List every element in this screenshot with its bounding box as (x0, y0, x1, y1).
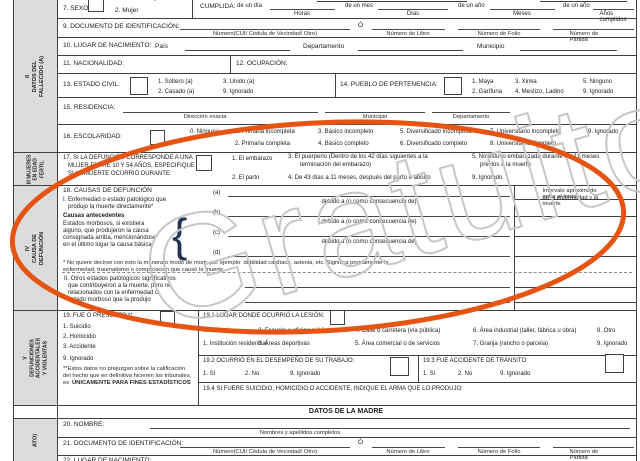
writeline-meses[interactable] (490, 9, 555, 10)
opt-homicidio: 2. Homicidio (63, 334, 96, 340)
writeline-causa-d[interactable] (228, 256, 510, 257)
form-left-border (13, 0, 14, 461)
writeline-otros-2[interactable] (245, 302, 510, 303)
edad-unit-anos: Años cumplidos (599, 11, 626, 23)
checkbox-pueblo[interactable] (444, 77, 462, 95)
writeline-res-departamento[interactable] (432, 112, 510, 113)
presunto-note-1: **Estos datos no prejuzgan sobre la cali… (63, 366, 185, 372)
debido-a-3: debido a (o como consecuencia de) (321, 239, 416, 245)
lugar-lesion-label: 19.1 LUGAR DONDE OCURRIÓ LA LESIÓN: (203, 313, 324, 319)
esc-basico-inc: 3. Básico incompleto (318, 129, 373, 135)
fertil-puerperio-1: 3. El puerperio (Dentro de los 42 días s… (288, 154, 428, 160)
cell-divider-11-12 (230, 55, 231, 73)
esc-primaria-inc: 1. Primaria incompleta (235, 129, 295, 135)
cell-divider-13-14 (335, 73, 336, 97)
row-border (57, 455, 636, 456)
res-departamento-sublabel: Departamento (453, 114, 490, 120)
line-a-label: (a) (213, 190, 220, 196)
lesion-granja: 7. Granja (rancho o parcela) (473, 341, 548, 347)
res-municipio-sublabel: Municipio (363, 114, 388, 120)
row-border (57, 124, 636, 125)
section-v-label: DEFUNCIONES ACCIDENTALES Y VIOLENTAS (29, 338, 48, 378)
fertil-label-2: MUJER ENTRE 10 Y 54 AÑOS, ESPECIFIQUE (68, 163, 195, 169)
row-border (57, 37, 636, 38)
cell-divider-192-193 (418, 355, 419, 382)
doc-identificacion-label: 9. DOCUMENTO DE IDENTIFICACIÓN: (63, 24, 180, 31)
estado-civil-label: 13. ESTADO CIVIL: (63, 82, 120, 89)
sidebar-section-fallecido: II DATOS DEL FALLECIDO (A) (14, 0, 57, 152)
otros-estados-2: que contribuyeron a la muerte, pero no (68, 283, 171, 289)
fertil-label-3: SI LA MUERTE OCURRIÓ DURANTE: (68, 171, 172, 177)
row-border (57, 437, 636, 438)
madre-o-separator: Ó (358, 440, 363, 447)
pueblo-garifuna: 2. Garífuna (472, 89, 502, 95)
sexo-options-cut: 1. Hombre 3. Ignorado (112, 0, 177, 2)
direccion-sublabel: Dirección exacta (184, 114, 227, 120)
cut-row-line-fragment (540, 1, 627, 2)
brace-glyph: { (172, 208, 187, 262)
pueblo-ignorado: 9. Ignorado (583, 89, 613, 95)
esc-universitario-inc: 7. Universitario incompleto (490, 129, 561, 135)
sidebar-divider (57, 0, 58, 461)
arma-label: 19.4 SI FUERE SUICIDIO, HOMICIDIO O ACCI… (203, 386, 463, 392)
madre-folio-sublabel: Número de Folio (478, 449, 521, 455)
pueblo-xinka: 3. Xinka (515, 79, 537, 85)
writeline-direccion[interactable] (123, 112, 318, 113)
row-border (57, 18, 636, 19)
checkbox-sexo[interactable] (88, 0, 104, 12)
antecedentes-3: consignada arriba, mencionándose (63, 235, 156, 241)
esc-diversificado-com: 6. Diversificado completo (400, 141, 467, 147)
edad-unit-meses: Meses (513, 11, 531, 17)
sidebar-section-madre-partial: ATO) (14, 419, 57, 461)
checkbox-lugar-lesion[interactable] (330, 310, 345, 325)
transito-si: 1. Sí (423, 371, 435, 377)
section-v-number: V (23, 356, 29, 359)
fertil-label-1: 17. SI LA DEFUNCIÓN CORRESPONDE A UNA (63, 155, 193, 161)
section-ii-number: II (25, 74, 31, 77)
edad-cumplida-label: CUMPLIDA: (200, 4, 235, 11)
cell-divider-19 (198, 310, 199, 405)
writeline-pais[interactable] (185, 50, 290, 51)
checkbox-fertil[interactable] (196, 155, 212, 171)
fue-presunto-label: 19. FUE O PRESUNTO:** (63, 313, 133, 319)
section-border (13, 152, 636, 153)
fertil-parto: 2. El parto (232, 175, 259, 181)
row-border-19-4 (198, 382, 636, 383)
trabajo-label: 19.2 OCURRIÓ EN EL DESEMPEÑO DE SU TRABA… (203, 358, 354, 364)
section-border (13, 405, 636, 406)
form-right-border (636, 0, 637, 461)
intervalo-cell-border (514, 287, 636, 288)
municipio-label: Municipio (477, 44, 504, 51)
presunto-note-3b: ÚNICAMENTE PARA FINES ESTADÍSTICOS (72, 380, 191, 386)
section-iii-number: III (26, 180, 32, 184)
intervalo-column-divider (514, 185, 515, 310)
sidebar-section-violentas: V DEFUNCIONES ACCIDENTALES Y VIOLENTAS (14, 311, 57, 405)
esc-ignorado: 9. Ignorado (588, 129, 618, 135)
line-d-label: (d) (213, 250, 220, 256)
madre-nombre-sublabel: Nombres y apellidos completos (260, 430, 341, 436)
sexo-option-mujer: 2. Mujer (115, 8, 138, 15)
line-b-label: (b) (213, 210, 220, 216)
trabajo-si: 1. Sí (203, 371, 215, 377)
lesion-industrial: 6. Área industrial (taller, fábrica u ob… (473, 328, 576, 334)
civil-ignorado: 9. Ignorado (223, 89, 253, 95)
edad-unit-pre-4: de un año (563, 3, 590, 9)
writeline-causa-c[interactable] (228, 236, 510, 237)
section-border (13, 418, 636, 419)
datos-madre-header: DATOS DE LA MADRE (309, 408, 383, 415)
fertil-embarazo: 1. El embarazo (232, 156, 272, 162)
madre-nombre-label: 20. NOMBRE: (63, 422, 104, 429)
intervalo-cell-border (514, 236, 636, 237)
checkbox-escolaridad[interactable] (150, 130, 165, 145)
opt-ignorado-19: 9. Ignorado (63, 356, 93, 362)
antecedentes-4: en el último lugar la causa básica (63, 242, 152, 248)
pueblo-ninguno: 5. Ninguno (583, 79, 612, 85)
checkbox-trabajo[interactable] (390, 357, 409, 376)
edad-unit-pre-1: de un día (237, 3, 262, 9)
cut-row-line-fragment (317, 1, 467, 2)
section-iv-number: IV (25, 245, 31, 250)
debido-a-1: debido a (o como consecuencia de) (321, 199, 416, 205)
death-certificate-form: II DATOS DEL FALLECIDO (A) III MUJERES E… (0, 0, 640, 461)
presunto-note-2: del hecho que en definitiva hicieren los… (63, 373, 191, 379)
section-border (13, 185, 636, 186)
esc-universitario-com: 8. Universitario completo (490, 141, 556, 147)
doc-partida-sublabel: Número de Partida (570, 31, 617, 43)
causa-directa-1: I. Enfermedad o estado patológico que (63, 197, 166, 203)
lesion-deportivas: 3. Áreas deportivas (258, 341, 310, 347)
writeline-dias[interactable] (378, 9, 448, 10)
civil-unido: 3. Unido (a) (223, 79, 254, 85)
doc-libro-sublabel: Número de Libro (386, 31, 429, 37)
section-border (13, 310, 636, 311)
debido-a-2: debido a (o como consecuencia de) (321, 219, 416, 225)
doc-o-separator: Ó (358, 23, 363, 30)
pueblo-label: 14. PUEBLO DE PERTENENCIA: (340, 82, 438, 89)
causa-directa-2: produjo la muerte directamente* (68, 204, 153, 210)
madre-libro-sublabel: Número de Libro (386, 449, 429, 455)
causas-title: 18. CAUSAS DE DEFUNCIÓN (63, 188, 152, 195)
intervalo-cell-border (514, 256, 636, 257)
causas-note-1: * No quiere decirse con esto la manera o… (63, 260, 388, 266)
otros-estados-1: II. Otros estados patológicos significat… (64, 276, 176, 282)
section-vi-label-fragment: ATO) (32, 433, 38, 446)
lesion-calle: 4. Calle o carretera (vía pública) (355, 328, 440, 334)
edad-unit-pre-2: de un mes (345, 3, 373, 9)
otros-estados-3: relacionados con la enfermedad o (68, 290, 158, 296)
lesion-escuela: 2. Escuela u oficina pública (258, 328, 331, 334)
pueblo-maya: 1. Maya (472, 79, 493, 85)
writeline-causa-a[interactable] (228, 196, 510, 197)
sidebar-section-causa: IV CAUSA DE DEFUNCIÓN (14, 186, 57, 310)
row-border-19-2 (198, 355, 636, 356)
edad-unit-pre-3: de un año (458, 3, 485, 9)
antecedentes-1: Estados morbosos, si existiera (63, 221, 144, 227)
section-ii-label: DATOS DEL FALLECIDO (A) (32, 55, 45, 96)
lesion-comercial: 5. Área comercial o de servicios (355, 341, 440, 347)
opt-accidente: 3. Accidente (63, 344, 96, 350)
lesion-ignorado: 9. Ignorado (597, 341, 627, 347)
intervalo-cell-border (514, 216, 636, 217)
nacionalidad-label: 11. NACIONALIDAD: (63, 61, 124, 68)
civil-casado: 2. Casado (a) (158, 89, 194, 95)
writeline-otros-1[interactable] (245, 287, 510, 288)
madre-partida-sublabel: Número de Partida (570, 449, 617, 461)
transito-no: 2. No (458, 371, 472, 377)
doc-folio-sublabel: Número de Folio (478, 31, 521, 37)
fertil-43dias: 4. De 43 días a 11 meses, después del pa… (288, 175, 431, 181)
fertil-puerperio-2: terminación del embarazo) (300, 162, 371, 168)
lesion-otro: 8. Otro (597, 328, 615, 334)
line-c-label: (c) (213, 230, 220, 236)
esc-basico-com: 4. Básico completo (318, 141, 369, 147)
sexo-label: 7. SEXO: (63, 6, 90, 13)
writeline-horas[interactable] (270, 9, 335, 10)
transito-ignorado: 9. Ignorado (500, 371, 530, 377)
trabajo-ignorado: 9. Ignorado (290, 371, 320, 377)
pueblo-mestizo: 4. Mestizo, Ladino (515, 89, 564, 95)
writeline-anos[interactable] (593, 9, 634, 10)
fertil-ignorado: 9. Ignorado (472, 175, 502, 181)
civil-soltero: 1. Soltero (a) (158, 79, 193, 85)
section-iii-label: MUJERES EN EDAD FÉRTIL (26, 154, 45, 180)
row-border (57, 97, 636, 98)
fertil-no-embarazada-2: previos a la muerte (480, 162, 531, 168)
madre-doc-label: 21. DOCUMENTO DE IDENTIFICACIÓN: (63, 441, 183, 448)
checkbox-estado-civil[interactable] (130, 77, 148, 95)
esc-primaria-com: 2. Primaria completa (235, 141, 290, 147)
lugar-nacimiento-label: 10. LUGAR DE NACIMIENTO: (63, 43, 151, 50)
edad-unit-horas: Horas (294, 11, 310, 17)
writeline-madre-nombre[interactable] (150, 428, 630, 429)
writeline-causa-b[interactable] (228, 216, 510, 217)
madre-doc-numero-sublabel: Número(CUI/ Cédula de Vecindad/ Otro) (213, 449, 317, 455)
checkbox-fue-presunto[interactable] (160, 311, 175, 326)
causas-antecedentes-title: Causas antecedentes (63, 213, 124, 219)
section-iv-label: CAUSA DE DEFUNCIÓN (32, 231, 45, 264)
lesion-vivienda: 0. Vivienda (203, 328, 233, 334)
cell-divider-sexo-edad (192, 0, 193, 18)
fertil-no-embarazada-1: 5. No estuvo embarazada durante los 11 m… (472, 154, 599, 160)
esc-ninguna: 0. Ninguna (190, 129, 219, 135)
row-border (57, 73, 636, 74)
transito-label: 19.3 FUE ACCIDENTE DE TRÁNSITO: (423, 358, 528, 364)
antecedentes-2: alguno, que produjeron la causa (63, 228, 149, 234)
doc-numero-sublabel: Número(CUI/ Cédula de Vecindad/ Otro) (213, 31, 317, 37)
esc-diversificado-inc: 5. Diversificado incompleto (400, 129, 472, 135)
checkbox-transito[interactable] (605, 354, 624, 373)
sidebar-section-mujeres: III MUJERES EN EDAD FÉRTIL (14, 153, 57, 185)
writeline-departamento[interactable] (358, 50, 463, 51)
escolaridad-label: 16. ESCOLARIDAD: (63, 134, 122, 141)
pais-label: País (155, 44, 168, 51)
intervalo-cell-border (514, 302, 636, 303)
residencia-label: 15. RESIDENCIA: (63, 105, 115, 112)
intervalo-header-2: de la enfermedad y la muerte (543, 195, 608, 207)
edad-unit-dias: Días (407, 11, 419, 17)
writeline-municipio[interactable] (520, 50, 617, 51)
opt-suicidio: 1. Suicidio (63, 324, 91, 330)
otros-estados-4: estado morboso que la produjo (68, 297, 151, 303)
writeline-res-municipio[interactable] (325, 112, 425, 113)
row-border (57, 55, 636, 56)
ocupacion-label: 12. OCUPACIÓN: (236, 61, 288, 68)
trabajo-no: 2. No (245, 371, 259, 377)
departamento-label: Departamento (303, 44, 344, 51)
presunto-note-3a: es (63, 380, 69, 386)
causas-note-2: enfermedad, traumatismo o complicación q… (63, 267, 225, 273)
